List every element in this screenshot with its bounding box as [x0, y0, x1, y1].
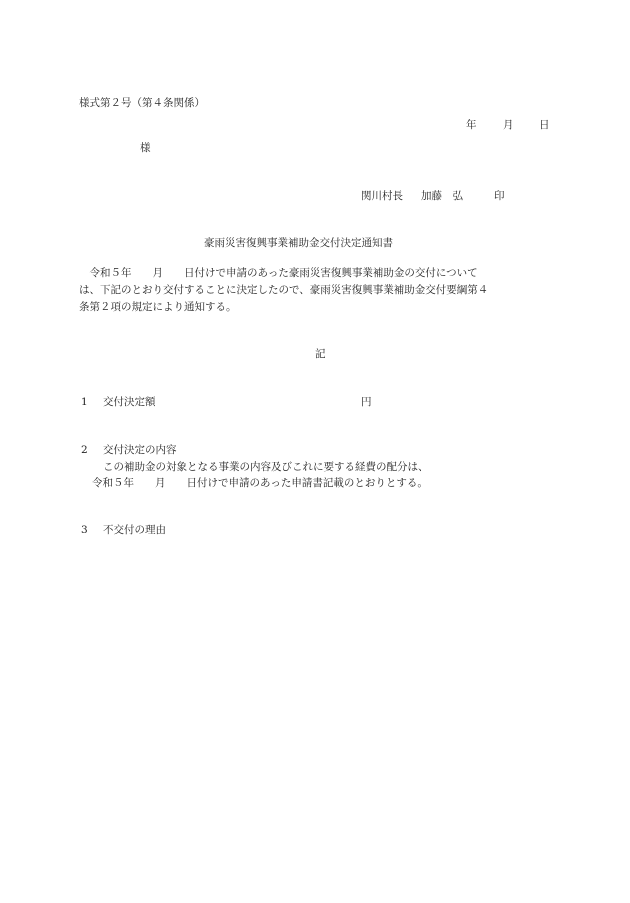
item-line: この補助金の対象となる事業の内容及びこれに要する経費の配分は、 [103, 460, 429, 474]
item-label: 交付決定の内容 [103, 443, 177, 457]
addressee-suffix: 様 [140, 141, 151, 155]
document-title: 豪雨災害復興事業補助金交付決定通知書 [204, 236, 393, 250]
item-number: 3 [81, 523, 88, 537]
body-line: 条第２項の規定により通知する。 [79, 300, 237, 314]
body-line: 令和５年 月 日付けで申請のあった豪雨災害復興事業補助金の交付について [79, 266, 478, 280]
form-number: 様式第２号（第４条関係） [79, 96, 205, 110]
item-number: 2 [81, 443, 88, 457]
item-label: 交付決定額 [103, 395, 156, 409]
date-year: 年 [466, 118, 477, 132]
issuer-name: 加藤 弘 [421, 189, 463, 203]
item-number: 1 [81, 395, 88, 409]
item-line: 令和５年 月 日付けで申請のあった申請書記載のとおりとする。 [92, 476, 428, 490]
amount-unit: 円 [361, 395, 372, 409]
issuer-title: 関川村長 [361, 189, 403, 203]
date-day: 日 [539, 118, 550, 132]
body-line: は、下記のとおり交付することに決定したので、豪雨災害復興事業補助金交付要綱第４ [79, 283, 488, 297]
date-month: 月 [503, 118, 514, 132]
ki-heading: 記 [315, 347, 326, 361]
item-label: 不交付の理由 [103, 523, 166, 537]
issuer-seal: 印 [494, 189, 505, 203]
